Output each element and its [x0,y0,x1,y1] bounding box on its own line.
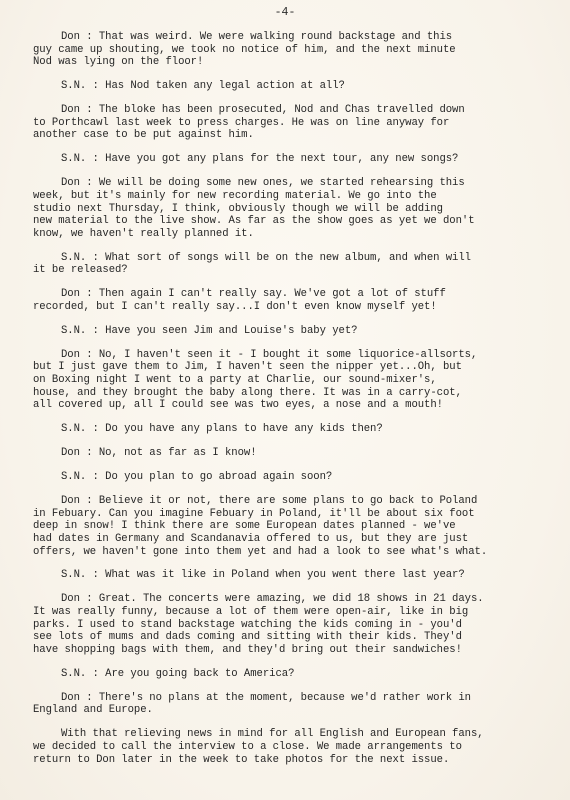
text-line: S.N. : Has Nod taken any legal action at… [33,80,553,93]
paragraph: Don : The bloke has been prosecuted, Nod… [33,104,553,142]
paragraph: S.N. : Have you got any plans for the ne… [33,153,553,166]
text-line: Don : Believe it or not, there are some … [33,495,553,508]
text-line: S.N. : Do you plan to go abroad again so… [33,471,553,484]
text-line: parks. I used to stand backstage watchin… [33,619,553,632]
text-line: but I just gave them to Jim, I haven't s… [33,361,553,374]
text-line: in Febuary. Can you imagine Febuary in P… [33,508,553,521]
text-line: S.N. : Do you have any plans to have any… [33,423,553,436]
paragraph: S.N. : What was it like in Poland when y… [33,569,553,582]
paragraph: Don : Then again I can't really say. We'… [33,288,553,313]
text-line: Don : No, I haven't seen it - I bought i… [33,349,553,362]
paragraph: With that relieving news in mind for all… [33,728,553,766]
paragraph: Don : We will be doing some new ones, we… [33,177,553,240]
text-line: Don : Then again I can't really say. We'… [33,288,553,301]
text-line: have shopping bags with them, and they'd… [33,644,553,657]
paragraph: S.N. : Has Nod taken any legal action at… [33,80,553,93]
paragraph: Don : That was weird. We were walking ro… [33,31,553,69]
text-line: know, we haven't really planned it. [33,228,553,241]
paragraph: S.N. : Do you plan to go abroad again so… [33,471,553,484]
interview-transcript: Don : That was weird. We were walking ro… [33,31,553,778]
text-line: deep in snow! I think there are some Eur… [33,520,553,533]
text-line: Nod was lying on the floor! [33,56,553,69]
text-line: Don : No, not as far as I know! [33,447,553,460]
text-line: we decided to call the interview to a cl… [33,741,553,754]
paragraph: S.N. : Do you have any plans to have any… [33,423,553,436]
text-line: studio next Thursday, I think, obviously… [33,203,553,216]
text-line: Don : We will be doing some new ones, we… [33,177,553,190]
text-line: S.N. : Have you seen Jim and Louise's ba… [33,325,553,338]
text-line: see lots of mums and dads coming and sit… [33,631,553,644]
text-line: Don : Great. The concerts were amazing, … [33,593,553,606]
text-line: Don : The bloke has been prosecuted, Nod… [33,104,553,117]
text-line: week, but it's mainly for new recording … [33,190,553,203]
text-line: With that relieving news in mind for all… [33,728,553,741]
text-line: S.N. : Have you got any plans for the ne… [33,153,553,166]
text-line: England and Europe. [33,704,553,717]
paragraph: S.N. : Are you going back to America? [33,668,553,681]
text-line: on Boxing night I went to a party at Cha… [33,374,553,387]
text-line: S.N. : What sort of songs will be on the… [33,252,553,265]
paragraph: Don : There's no plans at the moment, be… [33,692,553,717]
text-line: to Porthcawl last week to press charges.… [33,117,553,130]
text-line: S.N. : What was it like in Poland when y… [33,569,553,582]
text-line: It was really funny, because a lot of th… [33,606,553,619]
text-line: new material to the live show. As far as… [33,215,553,228]
text-line: another case to be put against him. [33,129,553,142]
page-number: -4- [0,6,570,19]
text-line: it be released? [33,264,553,277]
paragraph: Don : No, not as far as I know! [33,447,553,460]
paragraph: S.N. : What sort of songs will be on the… [33,252,553,277]
text-line: had dates in Germany and Scandanavia off… [33,533,553,546]
paragraph: Don : Great. The concerts were amazing, … [33,593,553,656]
paragraph: S.N. : Have you seen Jim and Louise's ba… [33,325,553,338]
text-line: house, and they brought the baby along t… [33,387,553,400]
paragraph: Don : No, I haven't seen it - I bought i… [33,349,553,412]
text-line: offers, we haven't gone into them yet an… [33,546,553,559]
text-line: guy came up shouting, we took no notice … [33,44,553,57]
typewritten-page: -4- Don : That was weird. We were walkin… [0,0,570,800]
text-line: Don : That was weird. We were walking ro… [33,31,553,44]
text-line: return to Don later in the week to take … [33,754,553,767]
text-line: all covered up, all I could see was two … [33,399,553,412]
text-line: S.N. : Are you going back to America? [33,668,553,681]
paragraph: Don : Believe it or not, there are some … [33,495,553,558]
text-line: Don : There's no plans at the moment, be… [33,692,553,705]
text-line: recorded, but I can't really say...I don… [33,301,553,314]
